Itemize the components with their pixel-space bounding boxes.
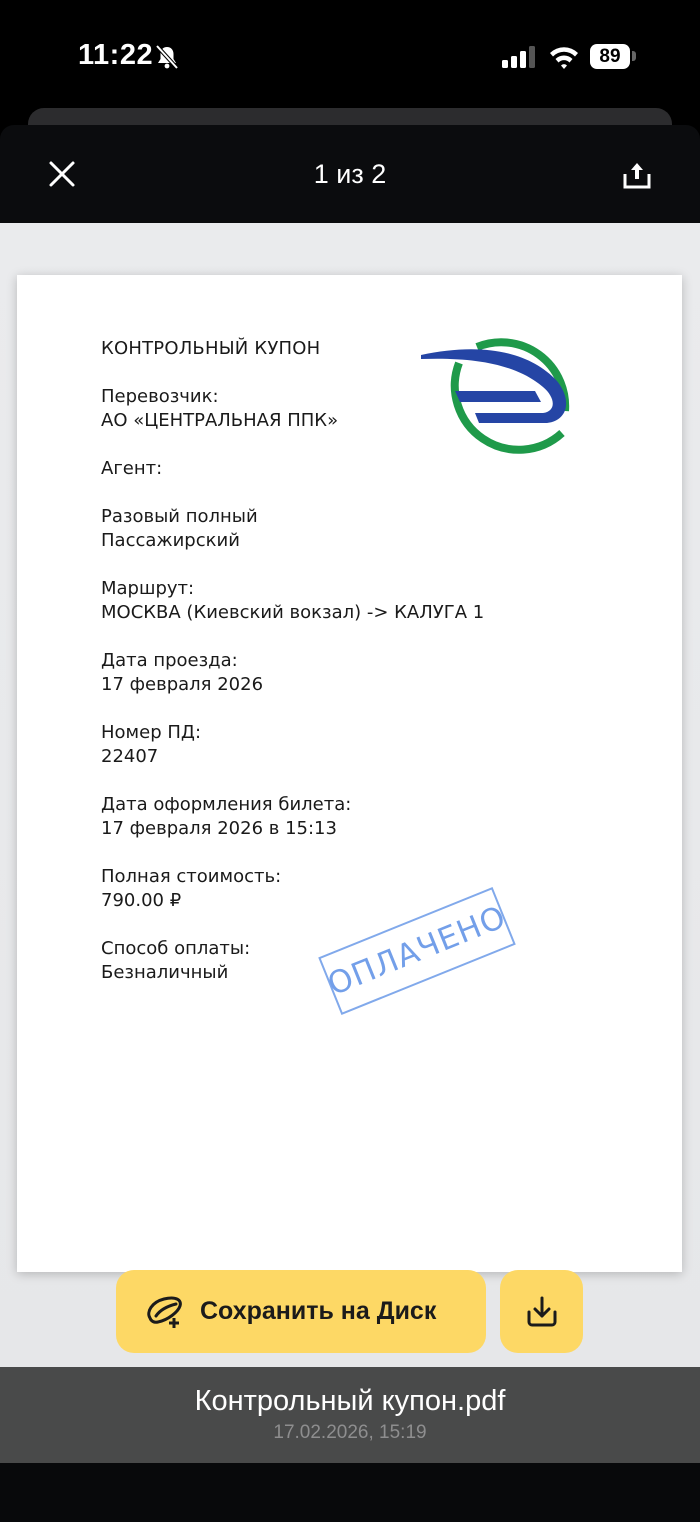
- status-bar: 11:22 89: [0, 0, 700, 108]
- battery-tip: [632, 51, 636, 61]
- field-issue-date: Дата оформления билета: 17 февраля 2026 …: [101, 793, 561, 841]
- file-date: 17.02.2026, 15:19: [0, 1422, 700, 1444]
- field-label: Номер ПД:: [101, 721, 561, 745]
- central-ppk-logo: [417, 323, 577, 473]
- save-to-disk-label: Сохранить на Диск: [200, 1297, 436, 1326]
- file-info-bar: Контрольный купон.pdf 17.02.2026, 15:19: [0, 1367, 700, 1463]
- share-button[interactable]: [614, 152, 660, 198]
- download-button[interactable]: [500, 1270, 583, 1353]
- field-label: Дата проезда:: [101, 649, 561, 673]
- bell-slash-icon: [154, 44, 180, 70]
- field-label: Дата оформления билета:: [101, 793, 561, 817]
- document-viewer[interactable]: КОНТРОЛЬНЫЙ КУПОН Перевозчик: АО «ЦЕНТРА…: [0, 223, 700, 1367]
- field-value: МОСКВА (Киевский вокзал) -> КАЛУГА 1: [101, 601, 561, 625]
- battery-level: 89: [590, 44, 630, 69]
- bottom-safe-area: [0, 1463, 700, 1522]
- field-value: 22407: [101, 745, 561, 769]
- share-icon: [622, 160, 652, 190]
- field-label: Полная стоимость:: [101, 865, 561, 889]
- save-to-disk-button[interactable]: Сохранить на Диск: [116, 1270, 486, 1353]
- field-ticket-type: Разовый полный Пассажирский: [101, 505, 561, 553]
- download-icon: [524, 1294, 560, 1330]
- field-value: 17 февраля 2026: [101, 673, 561, 697]
- field-travel-date: Дата проезда: 17 февраля 2026: [101, 649, 561, 697]
- viewer-header: 1 из 2: [0, 125, 700, 223]
- cellular-signal-icon: [500, 45, 540, 69]
- field-ticket-number: Номер ПД: 22407: [101, 721, 561, 769]
- field-route: Маршрут: МОСКВА (Киевский вокзал) -> КАЛ…: [101, 577, 561, 625]
- file-name: Контрольный купон.pdf: [0, 1385, 700, 1418]
- field-value: 17 февраля 2026 в 15:13: [101, 817, 561, 841]
- status-time: 11:22: [78, 39, 153, 72]
- field-value: Пассажирский: [101, 529, 561, 553]
- disk-save-icon: [144, 1294, 184, 1330]
- wifi-icon: [548, 44, 580, 70]
- field-label: Разовый полный: [101, 505, 561, 529]
- pdf-page[interactable]: КОНТРОЛЬНЫЙ КУПОН Перевозчик: АО «ЦЕНТРА…: [17, 275, 682, 1272]
- page-counter: 1 из 2: [0, 159, 700, 190]
- field-label: Маршрут:: [101, 577, 561, 601]
